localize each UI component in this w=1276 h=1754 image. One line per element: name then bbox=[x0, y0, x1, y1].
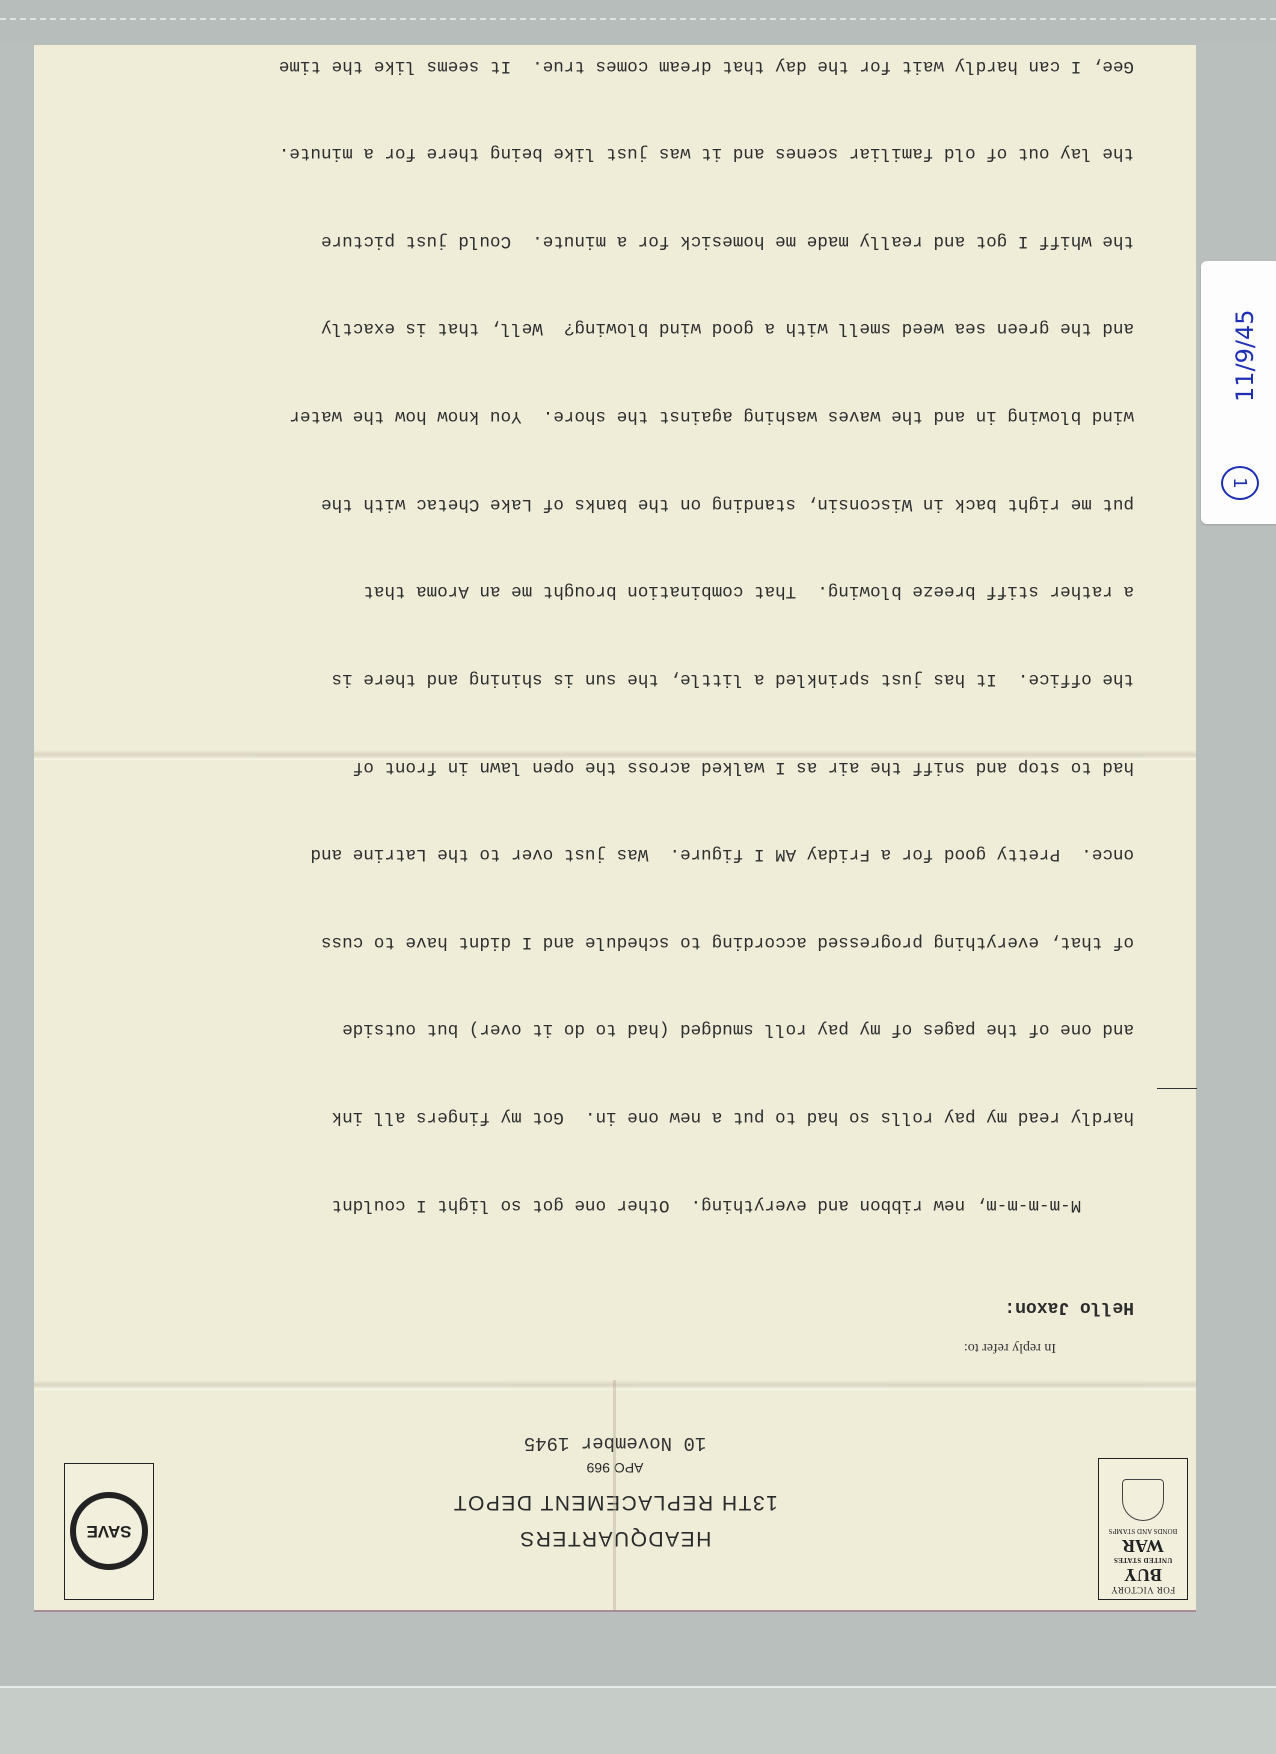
reply-reference-label: In reply refer to: bbox=[964, 1339, 1056, 1355]
letter-sheet-rotated: FOR VICTORY BUY UNITED STATES WAR BONDS … bbox=[34, 45, 1196, 1610]
body-line: and the green sea weed smell with a good… bbox=[74, 313, 1134, 342]
body-line: put me right back in Wisconsin, standing… bbox=[74, 489, 1134, 518]
paper-fold-crease-vertical bbox=[613, 1380, 616, 1610]
body-line: wind blowing in and the waves washing ag… bbox=[74, 401, 1134, 430]
body-line: hardly read my pay rolls so had to put a… bbox=[74, 1102, 1134, 1131]
body-line: of that, everything progressed according… bbox=[74, 927, 1134, 956]
body-line: and one of the pages of my pay roll smud… bbox=[74, 1014, 1134, 1043]
body-line: the office. It has just sprinkled a litt… bbox=[74, 664, 1134, 693]
war-bonds-line: BUY bbox=[1124, 1564, 1162, 1585]
salutation: Hello Jaxon: bbox=[1004, 1297, 1134, 1317]
body-line: a rather stiff breeze blowing. That comb… bbox=[74, 576, 1134, 605]
body-line: Gee, I can hardly wait for the day that … bbox=[74, 50, 1134, 79]
scanner-bed-bottom bbox=[0, 1686, 1276, 1754]
sticky-note-date: 11/9/45 bbox=[1215, 291, 1275, 421]
letter-page: FOR VICTORY BUY UNITED STATES WAR BONDS … bbox=[34, 45, 1196, 1610]
war-bonds-line: UNITED STATES bbox=[1114, 1556, 1173, 1564]
body-line: M-m-m-m-m, new ribbon and everything. Ot… bbox=[74, 1189, 1134, 1218]
sticky-note-page-number: 1 bbox=[1221, 466, 1259, 500]
body-line: once. Pretty good for a Friday AM I figu… bbox=[74, 839, 1134, 868]
margin-line-mark bbox=[1157, 1088, 1197, 1089]
paper-fold-crease bbox=[34, 750, 1196, 760]
sticky-note-label: 11/9/45 1 bbox=[1201, 261, 1276, 524]
letter-body: M-m-m-m-m, new ribbon and everything. Ot… bbox=[74, 0, 1134, 1277]
body-line: the whiff I got and really made me homes… bbox=[74, 226, 1134, 255]
war-bonds-line: FOR VICTORY bbox=[1111, 1585, 1175, 1595]
body-line: the lay out of old familiar scenes and i… bbox=[74, 138, 1134, 167]
